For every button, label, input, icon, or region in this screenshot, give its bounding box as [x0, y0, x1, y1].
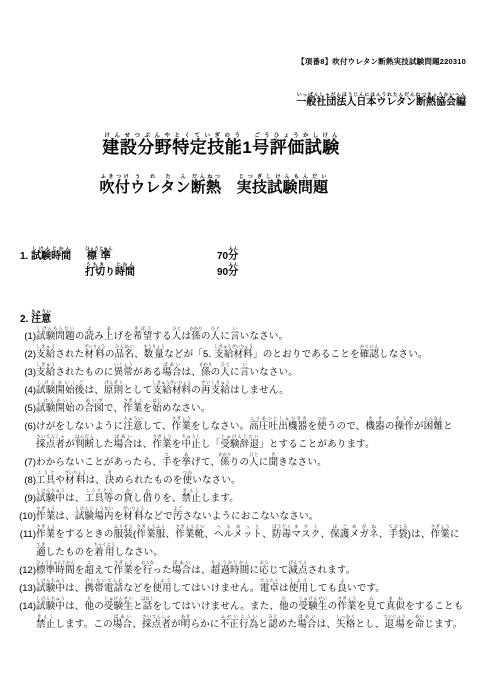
note-number: (10)	[18, 509, 36, 524]
exam-time-row: 標準ひょうじゅん70分ふん	[85, 246, 238, 262]
exam-time-heading-text: 試験しけん時間じかん	[31, 251, 71, 262]
note-number: (14)	[18, 599, 36, 614]
notes-heading: 2. 注意ちゅうい	[20, 309, 51, 325]
note-text: 試験問題しけんもんだいの読よみ上あげを希望きぼうする人ひとは係かかりの人ひとに言…	[36, 331, 288, 342]
note-text: 工具こうぐや材料ざいりょうは、決きめられたものを使つかいなさい。	[36, 475, 241, 486]
note-item: (13)試験中しけんちゅうは、携帯電話けいたいでんわなどを使用しようしてはいけま…	[20, 578, 465, 596]
note-number: (6)	[18, 419, 36, 434]
note-number: (1)	[18, 329, 36, 344]
note-number: (8)	[18, 473, 36, 488]
doc-subtitle: 吹付ふきつけウレタンうれたん断熱だんねつ 実技試験問題じつぎしけんもんだい	[0, 174, 428, 197]
note-item: (7)わからないことがあったら、手てを挙あげて、係かかりりの人ひとに聞ききなさい…	[20, 452, 465, 470]
note-number: (5)	[18, 401, 36, 416]
exam-time-label: 打切うちきり時間じかん	[85, 262, 217, 278]
note-number: (12)	[18, 563, 36, 578]
note-text: 試験中しけんちゅうは、工具等こうぐとうの貸かし借かりを、禁止きんしします。	[36, 493, 239, 504]
notes-list: (1)試験問題しけんもんだいの読よみ上あげを希望きぼうする人ひとは係かかりの人ひ…	[20, 326, 465, 632]
note-text: 支給しきゅうされたものに異常いじょうがある場合ばあいは、係かかりの人ひとに言いい…	[36, 367, 298, 378]
note-number: (4)	[18, 383, 36, 398]
note-text: 試験中しけんちゅうは、他たの受験生じゅけんせいと話はなしをしてはいけません。また…	[36, 601, 463, 630]
note-text: 作業さぎょうをするときの服装ふくそう(作業服さぎょうふく、作業靴さぎょうぐつ、ヘ…	[36, 529, 460, 558]
note-number: (3)	[18, 365, 36, 380]
document-page: 【項番8】吹付ウレタン断熱実技試験問題220310 一般社団法人日本ウレタン断熱…	[0, 0, 479, 677]
note-text: 試験開始しけんかいしの合図あいずで、作業さぎょうを始はじめなさい。	[36, 403, 210, 414]
note-item: (1)試験問題しけんもんだいの読よみ上あげを希望きぼうする人ひとは係かかりの人ひ…	[20, 326, 465, 344]
note-item: (9)試験中しけんちゅうは、工具等こうぐとうの貸かし借かりを、禁止きんしします。	[20, 488, 465, 506]
section-number: 2.	[20, 314, 28, 325]
notes-heading-text: 注意ちゅうい	[31, 314, 51, 325]
note-item: (8)工具こうぐや材料ざいりょうは、決きめられたものを使つかいなさい。	[20, 470, 465, 488]
note-text: 作業さぎょうは、試験場内しけんじょうないを材料ざいりょうなどで汚よごさないように…	[36, 511, 318, 522]
note-text: 標準時間ひょうじゅんじかんを超こえて作業さぎょうを行おこなった場合ばあいは、超過…	[36, 565, 355, 576]
exam-time-rows: 標準ひょうじゅん70分ふん打切うちきり時間じかん90分ふん	[85, 246, 238, 278]
exam-time-section: 1. 試験しけん時間じかん 標準ひょうじゅん70分ふん打切うちきり時間じかん90…	[20, 246, 238, 278]
note-item: (4)試験開始後しけんかいしごは、原則げんそくとして支給材料しきゅうざいりょうの…	[20, 380, 465, 398]
note-item: (14)試験中しけんちゅうは、他たの受験生じゅけんせいと話はなしをしてはいけませ…	[20, 596, 465, 632]
note-item: (2)支給しきゅうされた材料ざいりょうの品名ひんめい、数量すうりょうなどが「5.…	[20, 344, 465, 362]
note-item: (3)支給しきゅうされたものに異常いじょうがある場合ばあいは、係かかりの人ひとに…	[20, 362, 465, 380]
section-number: 1.	[20, 251, 28, 262]
note-text: 試験中しけんちゅうは、携帯電話けいたいでんわなどを使用しようしてはいけません。電…	[36, 583, 385, 594]
exam-time-heading: 1. 試験しけん時間じかん	[20, 246, 85, 262]
note-item: (11)作業さぎょうをするときの服装ふくそう(作業服さぎょうふく、作業靴さぎょう…	[20, 524, 465, 560]
publisher-line: 一般社団法人日本ウレタン断熱協会編いっぱんしゃだんほうじんにほんうれたんだんねつ…	[296, 93, 466, 108]
note-number: (11)	[18, 527, 36, 542]
note-text: けがをしないように注意ちゅういして、作業さぎょうをしなさい。高圧吐出機器こうあつ…	[36, 421, 453, 450]
note-text: 支給しきゅうされた材料ざいりょうの品名ひんめい、数量すうりょうなどが「5. 支給…	[36, 349, 428, 360]
note-number: (2)	[18, 347, 36, 362]
note-item: (12)標準時間ひょうじゅんじかんを超こえて作業さぎょうを行おこなった場合ばあい…	[20, 560, 465, 578]
exam-time-label: 標準ひょうじゅん	[85, 246, 217, 262]
header-item-tag: 【項番8】吹付ウレタン断熱実技試験問題220310	[297, 56, 466, 67]
note-text: 試験開始後しけんかいしごは、原則げんそくとして支給材料しきゅうざいりょうの再支給…	[36, 385, 289, 396]
exam-time-value: 90分ふん	[217, 262, 238, 278]
note-item: (5)試験開始しけんかいしの合図あいずで、作業さぎょうを始はじめなさい。	[20, 398, 465, 416]
note-number: (13)	[18, 581, 36, 596]
note-item: (6)けがをしないように注意ちゅういして、作業さぎょうをしなさい。高圧吐出機器こ…	[20, 416, 465, 452]
note-number: (9)	[18, 491, 36, 506]
note-number: (7)	[18, 455, 36, 470]
note-text: わからないことがあったら、手てを挙あげて、係かかりりの人ひとに聞ききなさい。	[36, 457, 327, 468]
note-item: (10)作業さぎょうは、試験場内しけんじょうないを材料ざいりょうなどで汚よごさな…	[20, 506, 465, 524]
exam-time-row: 打切うちきり時間じかん90分ふん	[85, 262, 238, 278]
exam-time-value: 70分ふん	[217, 246, 238, 262]
doc-title: 建設分野特定技能けんせつぶんやとくていぎのう1号評価試験ごうひょうかしけん	[0, 133, 442, 158]
